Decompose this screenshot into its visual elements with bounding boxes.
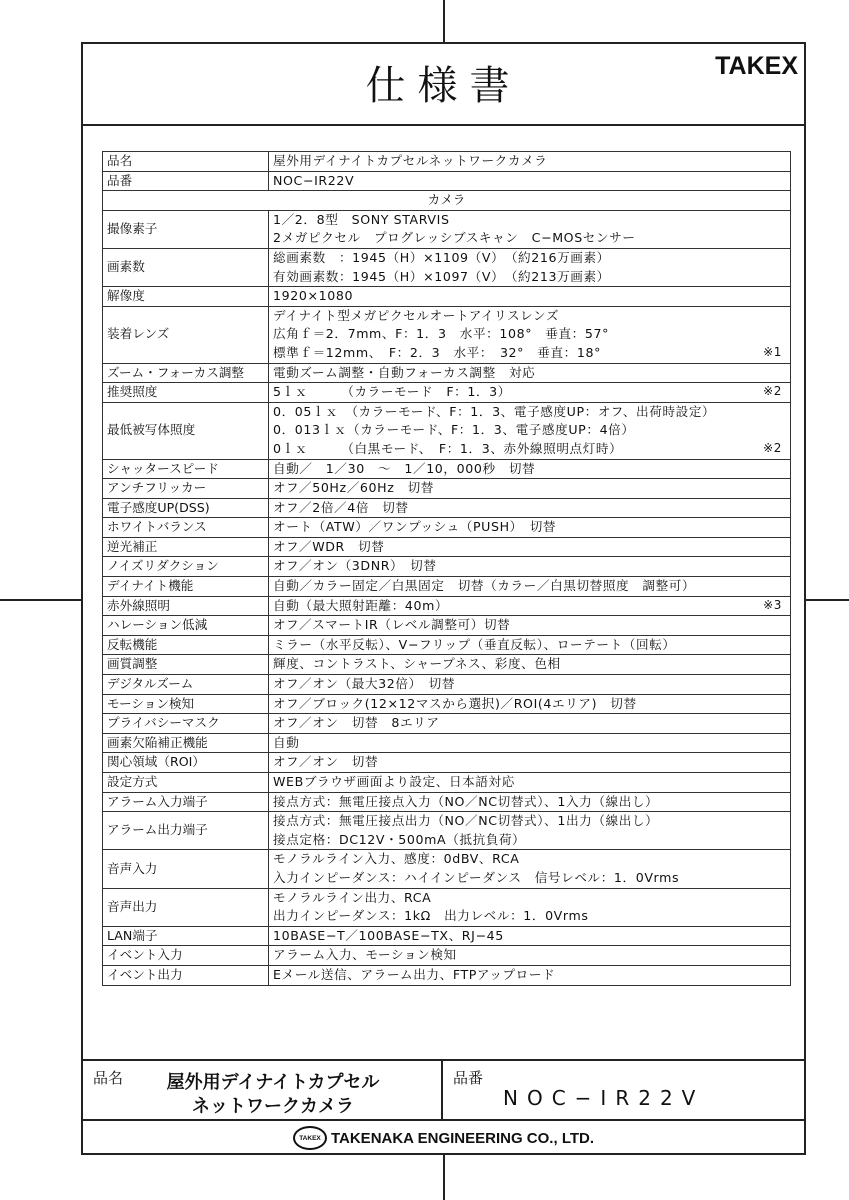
spec-value-line: WEBブラウザ画面より設定、日本語対応 [273,773,786,792]
spec-label: 逆光補正 [103,537,269,557]
spec-value-line: オート（ATW）／ワンプッシュ（PUSH） 切替 [273,518,786,537]
spec-value-line: 自動／ 1／30 ～ 1／10，000秒 切替 [273,460,786,479]
spec-label: イベント入力 [103,946,269,966]
spec-value: オフ／オン 切替 8エリア [269,714,791,734]
spec-label: ハレーション低減 [103,616,269,636]
footer: 品名 屋外用デイナイトカプセル ネットワークカメラ 品番 NOC−IR22V T… [83,1059,804,1153]
spec-value: モノラルライン入力、感度：0dBV、RCA入力インピーダンス：ハイインピーダンス… [269,850,791,888]
spec-value: 自動（最大照射距離：40m）※3 [269,596,791,616]
spec-label: 画素数 [103,248,269,286]
spec-value-line: 電動ズーム調整・自動フォーカス調整 対応 [273,364,786,383]
spec-value: 自動／カラー固定／白黒固定 切替（カラー／白黒切替照度 調整可） [269,577,791,597]
table-row: 電子感度UP(DSS)オフ／2倍／4倍 切替 [103,498,791,518]
table-row: アンチフリッカーオフ／50Hz／60Hz 切替 [103,479,791,499]
spec-value-line: 接点方式：無電圧接点出力（NO／NC切替式）、1出力（線出し） [273,812,786,831]
spec-value: オフ／50Hz／60Hz 切替 [269,479,791,499]
spec-label: アラーム入力端子 [103,792,269,812]
spec-label: アンチフリッカー [103,479,269,499]
spec-value-line: 輝度、コントラスト、シャープネス、彩度、色相 [273,655,786,674]
spec-value: NOC−IR22V [269,171,791,191]
spec-label: モーション検知 [103,694,269,714]
table-row: 設定方式WEBブラウザ画面より設定、日本語対応 [103,773,791,793]
spec-value: 屋外用デイナイトカプセルネットワークカメラ [269,152,791,172]
table-row: イベント出力Eメール送信、アラーム出力、FTPアップロード [103,965,791,985]
spec-value-line: ミラー（水平反転）、V−フリップ（垂直反転）、ローテート（回転） [273,636,786,655]
spec-value: 自動／ 1／30 ～ 1／10，000秒 切替 [269,459,791,479]
title-row: 仕様書 TAKEX [83,44,804,126]
spec-label: アラーム出力端子 [103,812,269,850]
spec-table: 品名屋外用デイナイトカプセルネットワークカメラ品番NOC−IR22Vカメラ撮像素… [102,151,791,986]
spec-value-line: 1／2．8型 SONY STARVIS [273,211,786,230]
spec-value-line: 5ｌｘ （カラーモード F：1．3） [273,383,786,402]
footer-product-name-line2: ネットワークカメラ [123,1095,423,1119]
spec-label: プライバシーマスク [103,714,269,734]
spec-value-line: 接点定格：DC12V・500mA（抵抗負荷） [273,831,786,850]
section-header: カメラ [103,191,791,211]
table-row: 音声入力モノラルライン入力、感度：0dBV、RCA入力インピーダンス：ハイインピ… [103,850,791,888]
document-title: 仕様書 [83,54,804,111]
table-row: モーション検知オフ／ブロック(12×12マスから選択)／ROI(4エリア) 切替 [103,694,791,714]
spec-value-line: オフ／オン 切替 [273,753,786,772]
spec-value-line: アラーム入力、モーション検知 [273,946,786,965]
takex-circle-logo-icon: TAKEX [293,1126,327,1150]
spec-value-line: 標準ｆ＝12mm、 F：2．3 水平： 32° 垂直：18° [273,344,786,363]
spec-label: 解像度 [103,287,269,307]
table-row: 音声出力モノラルライン出力、RCA出力インピーダンス：1kΩ 出力レベル：1．0… [103,888,791,926]
spec-label: 品番 [103,171,269,191]
table-row: 解像度1920×1080 [103,287,791,307]
spec-value-line: 0．05ｌｘ （カラーモード、F：1．3、電子感度UP：オフ、出荷時設定） [273,403,786,422]
spec-value-line: オフ／スマートIR（レベル調整可）切替 [273,616,786,635]
spec-value-line: モノラルライン出力、RCA [273,889,786,908]
spec-value: 1920×1080 [269,287,791,307]
spec-value: Eメール送信、アラーム出力、FTPアップロード [269,965,791,985]
table-row: ハレーション低減オフ／スマートIR（レベル調整可）切替 [103,616,791,636]
table-row: イベント入力アラーム入力、モーション検知 [103,946,791,966]
table-row: 逆光補正オフ／WDR 切替 [103,537,791,557]
table-row: シャッタースピード自動／ 1／30 ～ 1／10，000秒 切替 [103,459,791,479]
spec-label: 画素欠陥補正機能 [103,733,269,753]
spec-label: ズーム・フォーカス調整 [103,363,269,383]
table-row: 推奨照度5ｌｘ （カラーモード F：1．3）※2 [103,383,791,403]
spec-label: 装着レンズ [103,306,269,363]
spec-value-line: 2メガピクセル プログレッシブスキャン C−MOSセンサー [273,229,786,248]
crop-mark-top [443,0,445,44]
spec-value-line: 0ｌｘ （白黒モード、 F：1．3、赤外線照明点灯時） [273,440,786,459]
spec-value-line: 自動／カラー固定／白黒固定 切替（カラー／白黒切替照度 調整可） [273,577,786,596]
spec-value: 10BASE−T／100BASE−TX、RJ−45 [269,926,791,946]
spec-value-line: オフ／WDR 切替 [273,538,786,557]
table-row: デジタルズームオフ／オン（最大32倍） 切替 [103,675,791,695]
footer-product-name: 屋外用デイナイトカプセル ネットワークカメラ [123,1071,423,1119]
spec-value: モノラルライン出力、RCA出力インピーダンス：1kΩ 出力レベル：1．0Vrms [269,888,791,926]
spec-label: ノイズリダクション [103,557,269,577]
spec-value-line: 10BASE−T／100BASE−TX、RJ−45 [273,927,786,946]
spec-value-line: 出力インピーダンス：1kΩ 出力レベル：1．0Vrms [273,907,786,926]
spec-value-line: 屋外用デイナイトカプセルネットワークカメラ [273,152,786,171]
spec-sheet-frame: 仕様書 TAKEX 品名屋外用デイナイトカプセルネットワークカメラ品番NOC−I… [81,42,806,1155]
table-row: 関心領域（ROI）オフ／オン 切替 [103,753,791,773]
spec-value-line: 自動 [273,734,786,753]
table-row: デイナイト機能自動／カラー固定／白黒固定 切替（カラー／白黒切替照度 調整可） [103,577,791,597]
spec-value: 接点方式：無電圧接点出力（NO／NC切替式）、1出力（線出し）接点定格：DC12… [269,812,791,850]
footnote-mark: ※2 [763,439,782,458]
table-row: 品名屋外用デイナイトカプセルネットワークカメラ [103,152,791,172]
footer-divider [441,1061,443,1121]
table-row: ホワイトバランスオート（ATW）／ワンプッシュ（PUSH） 切替 [103,518,791,538]
table-row: カメラ [103,191,791,211]
spec-value: 0．05ｌｘ （カラーモード、F：1．3、電子感度UP：オフ、出荷時設定）0．0… [269,402,791,459]
spec-value-line: オフ／オン（最大32倍） 切替 [273,675,786,694]
table-row: LAN端子10BASE−T／100BASE−TX、RJ−45 [103,926,791,946]
table-row: プライバシーマスクオフ／オン 切替 8エリア [103,714,791,734]
table-row: 装着レンズデイナイト型メガピクセルオートアイリスレンズ広角ｆ＝2．7mm、F：1… [103,306,791,363]
table-row: アラーム出力端子接点方式：無電圧接点出力（NO／NC切替式）、1出力（線出し）接… [103,812,791,850]
spec-label: ホワイトバランス [103,518,269,538]
spec-value: 総画素数 ：1945（H）×1109（V） （約216万画素）有効画素数：194… [269,248,791,286]
table-row: 反転機能ミラー（水平反転）、V−フリップ（垂直反転）、ローテート（回転） [103,635,791,655]
table-row: 画素数総画素数 ：1945（H）×1109（V） （約216万画素）有効画素数：… [103,248,791,286]
spec-value: 1／2．8型 SONY STARVIS2メガピクセル プログレッシブスキャン C… [269,210,791,248]
spec-label: 音声入力 [103,850,269,888]
crop-mark-bottom [443,1155,445,1200]
spec-label: シャッタースピード [103,459,269,479]
spec-value-line: オフ／オン（3DNR） 切替 [273,557,786,576]
spec-value-line: NOC−IR22V [273,172,786,191]
footnote-mark: ※1 [763,343,782,362]
spec-value-line: 入力インピーダンス：ハイインピーダンス 信号レベル：1．0Vrms [273,869,786,888]
spec-label: 電子感度UP(DSS) [103,498,269,518]
table-row: アラーム入力端子接点方式：無電圧接点入力（NO／NC切替式）、1入力（線出し） [103,792,791,812]
spec-value-line: オフ／オン 切替 8エリア [273,714,786,733]
spec-value-line: 総画素数 ：1945（H）×1109（V） （約216万画素） [273,249,786,268]
spec-value: オフ／オン（最大32倍） 切替 [269,675,791,695]
footnote-mark: ※2 [763,382,782,401]
spec-value-line: 広角ｆ＝2．7mm、F：1．3 水平：108° 垂直：57° [273,325,786,344]
table-row: 赤外線照明自動（最大照射距離：40m）※3 [103,596,791,616]
spec-value: オフ／2倍／4倍 切替 [269,498,791,518]
spec-value-line: オフ／50Hz／60Hz 切替 [273,479,786,498]
spec-label: 音声出力 [103,888,269,926]
spec-value-line: Eメール送信、アラーム出力、FTPアップロード [273,966,786,985]
company-row: TAKEX TAKENAKA ENGINEERING CO., LTD. [83,1123,804,1153]
spec-value: デイナイト型メガピクセルオートアイリスレンズ広角ｆ＝2．7mm、F：1．3 水平… [269,306,791,363]
spec-label: 赤外線照明 [103,596,269,616]
spec-value: 輝度、コントラスト、シャープネス、彩度、色相 [269,655,791,675]
footnote-mark: ※3 [763,596,782,615]
spec-label: 撮像素子 [103,210,269,248]
spec-label: 推奨照度 [103,383,269,403]
brand-logo: TAKEX [715,52,798,81]
spec-label: イベント出力 [103,965,269,985]
footer-product-name-line1: 屋外用デイナイトカプセル [123,1071,423,1095]
spec-label: LAN端子 [103,926,269,946]
table-row: ズーム・フォーカス調整電動ズーム調整・自動フォーカス調整 対応 [103,363,791,383]
spec-value: オフ／WDR 切替 [269,537,791,557]
spec-value: 接点方式：無電圧接点入力（NO／NC切替式）、1入力（線出し） [269,792,791,812]
spec-value: オフ／ブロック(12×12マスから選択)／ROI(4エリア) 切替 [269,694,791,714]
spec-label: 反転機能 [103,635,269,655]
spec-value-line: 接点方式：無電圧接点入力（NO／NC切替式）、1入力（線出し） [273,793,786,812]
spec-value: オフ／オン 切替 [269,753,791,773]
spec-label: デジタルズーム [103,675,269,695]
spec-value-line: 0．013ｌｘ（カラーモード、F：1．3、電子感度UP：4倍） [273,421,786,440]
table-row: 画素欠陥補正機能自動 [103,733,791,753]
spec-value-line: デイナイト型メガピクセルオートアイリスレンズ [273,307,786,326]
spec-value: ミラー（水平反転）、V−フリップ（垂直反転）、ローテート（回転） [269,635,791,655]
crop-mark-right [806,599,849,601]
spec-value-line: オフ／ブロック(12×12マスから選択)／ROI(4エリア) 切替 [273,695,786,714]
spec-value-line: オフ／2倍／4倍 切替 [273,499,786,518]
spec-value: オート（ATW）／ワンプッシュ（PUSH） 切替 [269,518,791,538]
spec-label: デイナイト機能 [103,577,269,597]
spec-value-line: モノラルライン入力、感度：0dBV、RCA [273,850,786,869]
table-row: ノイズリダクションオフ／オン（3DNR） 切替 [103,557,791,577]
footer-name-label: 品名 [93,1067,123,1088]
spec-value: オフ／スマートIR（レベル調整可）切替 [269,616,791,636]
footer-code-label: 品番 [453,1067,483,1088]
crop-mark-left [0,599,81,601]
spec-value-line: 有効画素数：1945（H）×1097（V） （約213万画素） [273,268,786,287]
table-row: 画質調整輝度、コントラスト、シャープネス、彩度、色相 [103,655,791,675]
spec-value: 5ｌｘ （カラーモード F：1．3）※2 [269,383,791,403]
spec-value: オフ／オン（3DNR） 切替 [269,557,791,577]
table-row: 最低被写体照度0．05ｌｘ （カラーモード、F：1．3、電子感度UP：オフ、出荷… [103,402,791,459]
spec-value: 自動 [269,733,791,753]
table-row: 品番NOC−IR22V [103,171,791,191]
company-name: TAKENAKA ENGINEERING CO., LTD. [331,1130,594,1147]
spec-label: 画質調整 [103,655,269,675]
spec-label: 最低被写体照度 [103,402,269,459]
spec-value: WEBブラウザ画面より設定、日本語対応 [269,773,791,793]
spec-value-line: 1920×1080 [273,287,786,306]
spec-value: 電動ズーム調整・自動フォーカス調整 対応 [269,363,791,383]
spec-value-line: 自動（最大照射距離：40m） [273,597,786,616]
spec-label: 関心領域（ROI） [103,753,269,773]
table-row: 撮像素子1／2．8型 SONY STARVIS2メガピクセル プログレッシブスキ… [103,210,791,248]
footer-product-code: NOC−IR22V [503,1086,704,1110]
spec-label: 設定方式 [103,773,269,793]
spec-label: 品名 [103,152,269,172]
footer-product-row: 品名 屋外用デイナイトカプセル ネットワークカメラ 品番 NOC−IR22V [83,1061,804,1121]
spec-value: アラーム入力、モーション検知 [269,946,791,966]
